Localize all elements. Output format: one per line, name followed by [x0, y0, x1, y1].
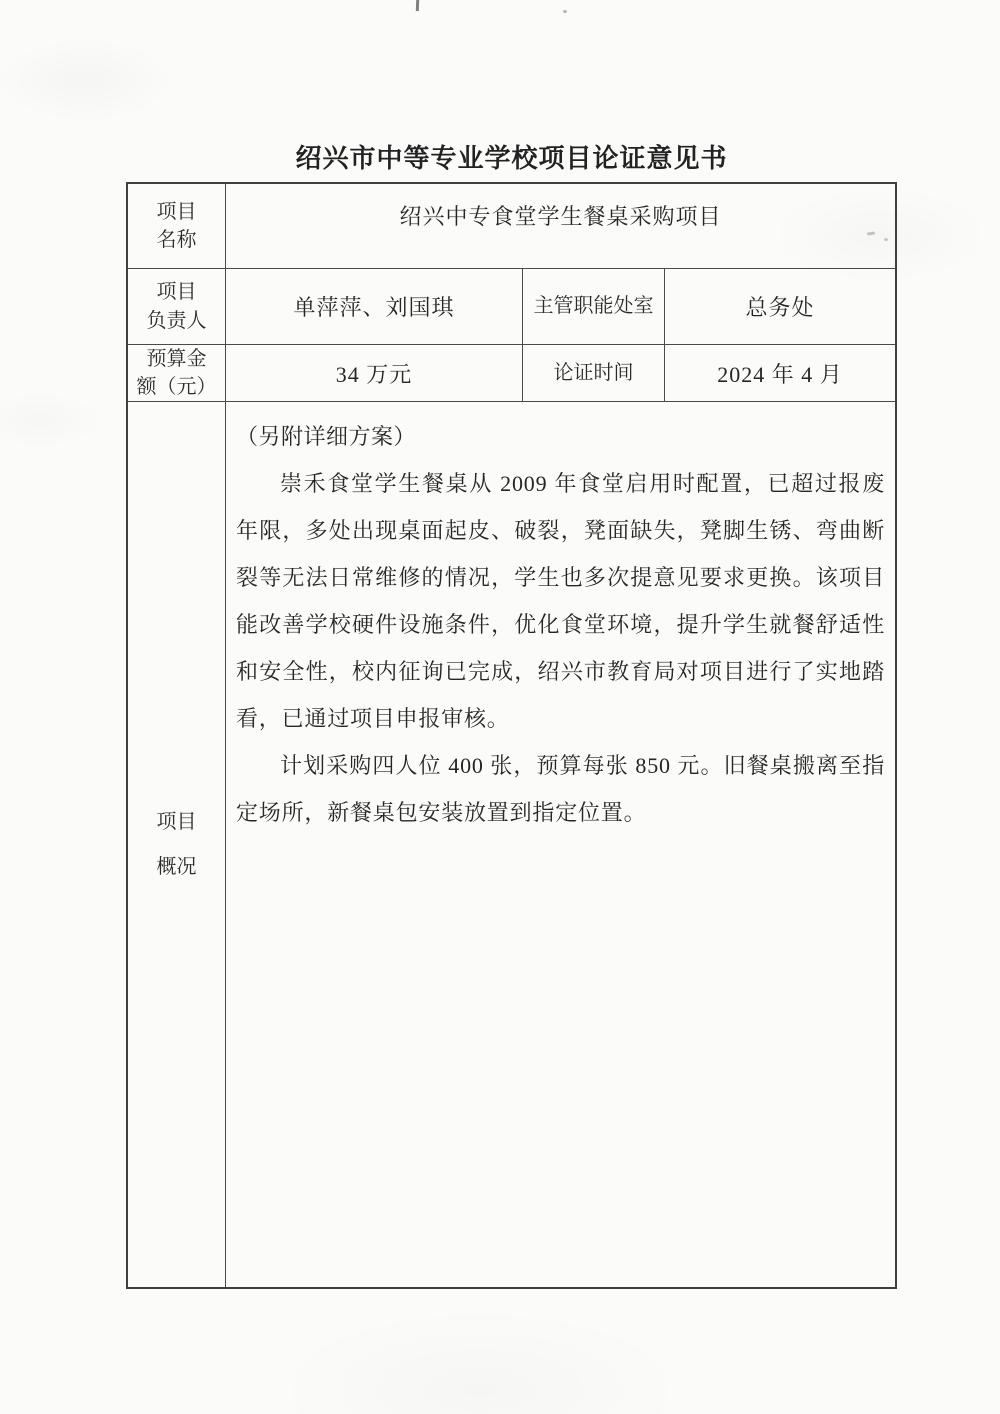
cell-project-name-value: 绍兴中专食堂学生餐桌采购项目 [226, 184, 895, 269]
document-title: 绍兴市中等专业学校项目论证意见书 [126, 138, 897, 175]
leader-label-line1: 项目 [157, 278, 197, 306]
cell-budget-value: 34 万元 [226, 345, 523, 402]
project-name-label-line2: 名称 [157, 226, 197, 254]
leader-label-line2: 负责人 [147, 307, 207, 335]
scan-artifact-speck [563, 10, 567, 13]
scan-artifact-tick [416, 0, 419, 11]
budget-label-line1: 预算金 [147, 345, 207, 373]
overview-label-line1: 项目 [157, 800, 197, 845]
cell-project-name-label: 项目 名称 [128, 184, 226, 269]
project-name-value: 绍兴中专食堂学生餐桌采购项目 [399, 200, 721, 231]
overview-label-line2: 概况 [157, 845, 197, 890]
overview-note: （另附详细方案） [236, 414, 885, 460]
cell-budget-label: 预算金 额（元） [128, 345, 226, 402]
cell-review-time-label: 论证时间 [523, 345, 665, 402]
review-time-value: 2024 年 4 月 [717, 358, 843, 389]
project-form-table: 项目 名称 绍兴中专食堂学生餐桌采购项目 项目 负责人 单萍萍、刘国琪 主管职能… [126, 182, 897, 1289]
project-name-label-line1: 项目 [157, 198, 197, 226]
cell-department-value: 总务处 [665, 269, 895, 345]
cell-overview-label: 项目 概况 [128, 402, 226, 1287]
cell-review-time-value: 2024 年 4 月 [665, 345, 895, 402]
cell-overview-content: （另附详细方案） 崇禾食堂学生餐桌从 2009 年食堂启用时配置，已超过报废年限… [226, 402, 895, 1287]
cell-department-label: 主管职能处室 [523, 269, 665, 345]
overview-paragraph-1: 崇禾食堂学生餐桌从 2009 年食堂启用时配置，已超过报废年限，多处出现桌面起皮… [236, 460, 885, 742]
cell-leader-label: 项目 负责人 [128, 269, 226, 345]
cell-leader-value: 单萍萍、刘国琪 [226, 269, 523, 345]
overview-paragraph-2: 计划采购四人位 400 张，预算每张 850 元。旧餐桌搬离至指定场所，新餐桌包… [236, 742, 885, 836]
department-value: 总务处 [745, 291, 814, 322]
department-label: 主管职能处室 [534, 292, 654, 320]
review-time-label: 论证时间 [554, 359, 634, 387]
leader-value: 单萍萍、刘国琪 [293, 291, 454, 322]
budget-value: 34 万元 [336, 358, 413, 389]
scanned-document-page: 绍兴市中等专业学校项目论证意见书 项目 名称 绍兴中专食堂学生餐桌采购项目 项目… [0, 0, 1000, 1414]
budget-label-line2: 额（元） [137, 373, 217, 401]
